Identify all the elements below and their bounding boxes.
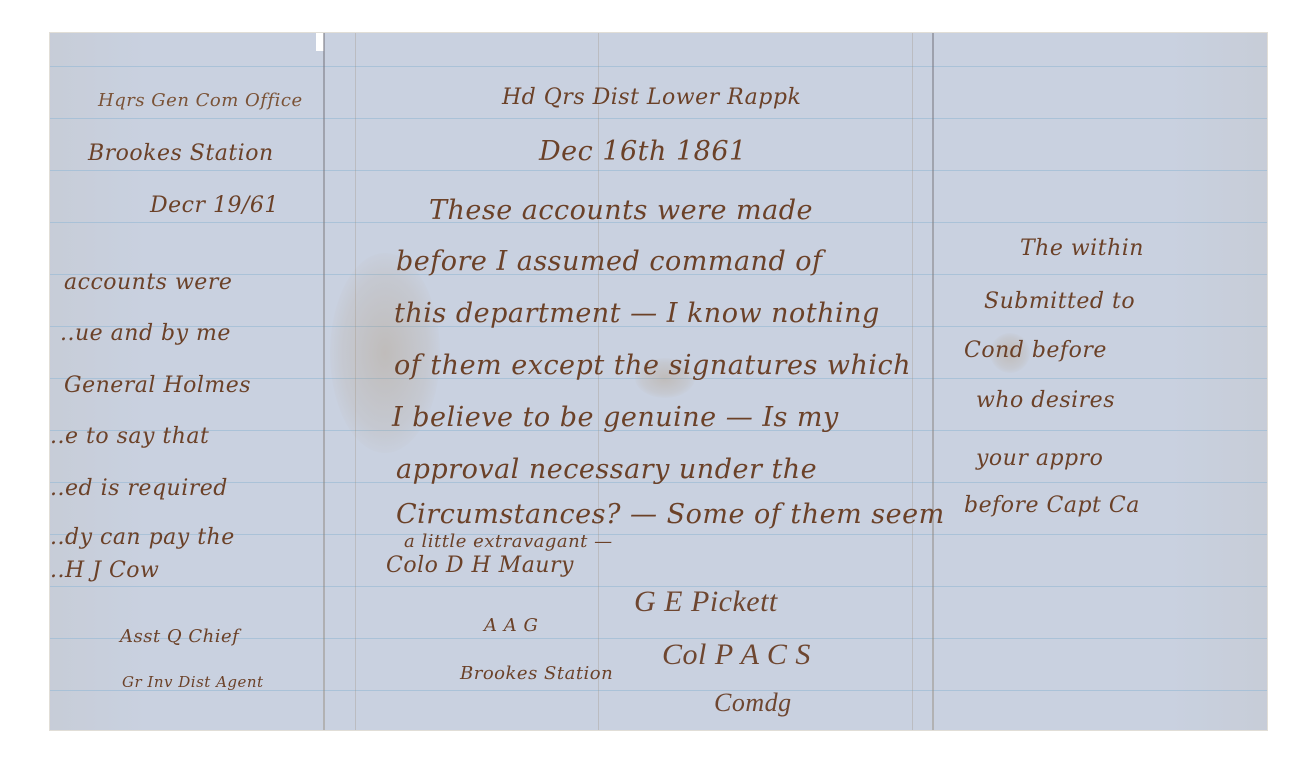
left-endorsement-panel: Hqrs Gen Com Office Brookes Station Decr… xyxy=(50,33,322,730)
endorsement-title: Gr Inv Dist Agent xyxy=(122,673,264,691)
body-line: approval necessary under the xyxy=(396,454,817,485)
signature-rank: Col P A C S xyxy=(662,638,811,672)
body-line: of them except the signatures which xyxy=(394,350,911,381)
letter-heading: Hd Qrs Dist Lower Rappk xyxy=(502,85,801,110)
letter-sheet: Hqrs Gen Com Office Brookes Station Decr… xyxy=(50,33,1267,730)
endorsement-line: ..ue and by me xyxy=(60,321,231,346)
addressee-title: A A G xyxy=(484,615,538,636)
note-line: Submitted to xyxy=(984,289,1135,314)
endorsement-line: General Holmes xyxy=(64,373,251,398)
note-line: before Capt Ca xyxy=(964,493,1140,518)
note-line: your appro xyxy=(976,446,1103,471)
endorsement-signature: ..H J Cow xyxy=(50,558,159,583)
body-line: I believe to be genuine — Is my xyxy=(392,402,839,433)
body-line: this department — I know nothing xyxy=(394,298,880,329)
endorsement-line: Hqrs Gen Com Office xyxy=(98,90,303,111)
addressee-name: Colo D H Maury xyxy=(386,553,574,578)
body-line: These accounts were made xyxy=(429,195,813,226)
endorsement-line: ..ed is required xyxy=(50,476,228,501)
right-note-panel: The within Submitted to Cond before who … xyxy=(934,33,1267,730)
note-line: The within xyxy=(1020,236,1144,261)
endorsement-title: Asst Q Chief xyxy=(120,626,239,647)
endorsement-line: accounts were xyxy=(64,270,232,295)
letter-date: Dec 16th 1861 xyxy=(539,136,747,167)
note-line: Cond before xyxy=(964,338,1107,363)
addressee-location: Brookes Station xyxy=(460,663,613,684)
note-line: who desires xyxy=(976,388,1115,413)
endorsement-line: ..dy can pay the xyxy=(50,525,235,550)
body-line: before I assumed command of xyxy=(396,246,823,277)
main-letter-panel: Hd Qrs Dist Lower Rappk Dec 16th 1861 Th… xyxy=(324,33,932,730)
body-line: a little extravagant — xyxy=(404,531,613,552)
endorsement-line: ..e to say that xyxy=(50,424,209,449)
body-line: Circumstances? — Some of them seem xyxy=(396,499,945,530)
endorsement-date: Decr 19/61 xyxy=(150,193,279,218)
signature-role: Comdg xyxy=(714,688,792,718)
endorsement-line: Brookes Station xyxy=(88,141,274,166)
signature-name: G E Pickett xyxy=(634,585,778,619)
